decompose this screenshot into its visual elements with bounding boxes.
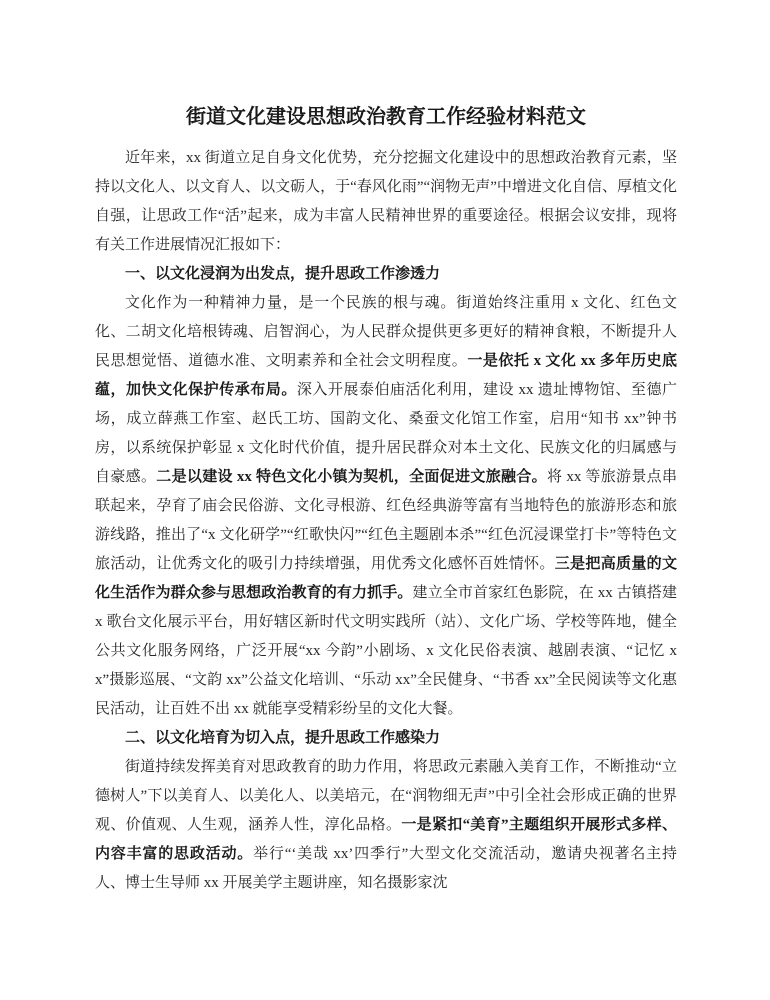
bold-text-run: 一、以文化浸润为出发点，提升思政工作渗透力: [125, 266, 440, 282]
document-title: 街道文化建设思想政治教育工作经验材料范文: [95, 102, 677, 132]
body-paragraph: 街道持续发挥美育对思政教育的助力作用，将思政元素融入美育工作，不断推动“立德树人…: [95, 753, 677, 898]
text-run: 近年来，xx 街道立足自身文化优势，充分挖掘文化建设中的思想政治教育元素，坚持以…: [95, 150, 677, 253]
body-paragraph: 文化作为一种精神力量，是一个民族的根与魂。街道始终注重用 x 文化、红色文化、二…: [95, 289, 677, 724]
bold-text-run: 二是以建设 xx 特色文化小镇为契机，全面促进文旅融合。: [156, 469, 547, 485]
section-heading: 二、以文化培育为切入点，提升思政工作感染力: [95, 724, 677, 753]
document-body: 近年来，xx 街道立足自身文化优势，充分挖掘文化建设中的思想政治教育元素，坚持以…: [95, 144, 677, 898]
body-paragraph: 近年来，xx 街道立足自身文化优势，充分挖掘文化建设中的思想政治教育元素，坚持以…: [95, 144, 677, 260]
bold-text-run: 二、以文化培育为切入点，提升思政工作感染力: [125, 730, 440, 746]
text-run: 建立全市首家红色影院，在 xx 古镇搭建 x 歌台文化展示平台，用好辖区新时代文…: [95, 585, 677, 717]
document-page: 街道文化建设思想政治教育工作经验材料范文 近年来，xx 街道立足自身文化优势，充…: [0, 0, 770, 1000]
section-heading: 一、以文化浸润为出发点，提升思政工作渗透力: [95, 260, 677, 289]
